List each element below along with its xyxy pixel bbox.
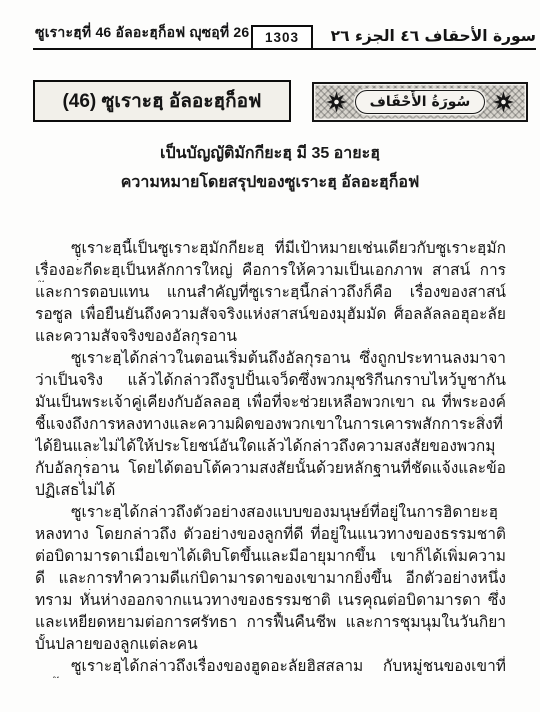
eight-point-star-icon <box>493 92 514 113</box>
page-header: ซูเราะฮฺที่ 46 อัลอะฮฺก็อฟ ญุซอฺที่ 26 1… <box>33 22 536 50</box>
revelation-note: เป็นบัญญัติมักกียะฮฺ มี 35 อายะฮฺ <box>0 141 540 166</box>
body-line: ดี และการทำความดีแก่บิดามารดาของเขามากยิ… <box>35 568 506 590</box>
body-line: และเหยียดหยามต่อการศรัทธา การฟื้นคืนชีพ … <box>35 612 506 634</box>
body-line: ซูเราะฮฺนี้เป็นซูเราะฮฺมักกียะฮฺ ที่มีเป… <box>35 238 506 260</box>
body-line: ซูเราะฮฺได้กล่าวในตอนเริ่มต้นถึงอัลกุรอา… <box>35 348 506 370</box>
body-line: และการตอบแทน แกนสำคัญที่ซูเราะฮฺนี้กล่าว… <box>35 282 506 304</box>
body: ซูเราะฮฺนี้เป็นซูเราะฮฺมักกียะฮฺ ที่มีเป… <box>35 238 506 678</box>
body-line: หลงทาง โดยกล่าวถึง ตัวอย่างของลูกที่ดี ท… <box>35 524 506 546</box>
body-line: และความสัจจริงของอัลกุรอาน <box>35 326 506 348</box>
title-row: (46) ซูเราะฮฺ อัลอะฮฺก็อฟ سُورَةُ الأَحْ… <box>33 80 528 123</box>
running-head-arabic: سورة الأحقاف ٤٦ الجزء ٢٦ <box>331 27 536 45</box>
body-line: บั้นปลายของลูกแต่ละคน <box>35 634 506 656</box>
body-line: มันเป็นพระเจ้าคู่เคียงกับอัลลอฮฺ เพื่อที… <box>35 392 506 414</box>
body-line: รอซูล เพื่อยืนยันถึงความสัจจริงแห่งสาสน์… <box>35 304 506 326</box>
page-number: 1303 <box>265 30 299 45</box>
body-line: เรื่องอะกีดะฮฺเป็นหลักการใหญ่ คือการให้ค… <box>35 260 506 282</box>
body-line: ต่อบิดามารดาเมื่อเขาได้เติบโตขึ้นและมีอา… <box>35 546 506 568</box>
body-line: ว่าเป็นจริง แล้วได้กล่าวถึงรูปปั้นเจว็ดซ… <box>35 370 506 392</box>
surah-ornament-panel: سُورَةُ الأَحْقَاف <box>312 82 528 122</box>
eight-point-star-icon <box>326 92 347 113</box>
surah-title-arabic-cartouche: سُورَةُ الأَحْقَاف <box>355 90 485 114</box>
body-line: ได้ยินและไม่ได้ให้ประโยชน์อันใดแล้วได้กล… <box>35 436 506 458</box>
running-head-thai: ซูเราะฮฺที่ 46 อัลอะฮฺก็อฟ ญุซอฺที่ 26 <box>35 22 249 44</box>
body-line: ทราม หันห่างออกจากแนวทางของธรรมชาติ เนรค… <box>35 590 506 612</box>
summary-heading: ความหมายโดยสรุปของซูเราะฮฺ อัลอะฮฺก็อฟ <box>0 170 540 195</box>
surah-title-box: (46) ซูเราะฮฺ อัลอะฮฺก็อฟ <box>33 80 291 122</box>
body-line: ปฏิเสธไม่ได้ <box>35 480 506 502</box>
body-line: กับอัลกุรอาน โดยได้ตอบโต้ความสงสัยนั้นด้… <box>35 458 506 480</box>
surah-title-thai: (46) ซูเราะฮฺ อัลอะฮฺก็อฟ <box>62 86 261 116</box>
book-page: ซูเราะฮฺที่ 46 อัลอะฮฺก็อฟ ญุซอฺที่ 26 1… <box>0 0 540 712</box>
body-line: ชี้แจงถึงการหลงทางและความผิดของพวกเขาในก… <box>35 414 506 436</box>
body-line: ซูเราะฮฺได้กล่าวถึงเรื่องของฮูดอะลัยฮิสส… <box>35 656 506 678</box>
body-line: ซูเราะฮฺได้กล่าวถึงตัวอย่างสองแบบของมนุษ… <box>35 502 506 524</box>
page-number-box: 1303 <box>251 25 313 48</box>
